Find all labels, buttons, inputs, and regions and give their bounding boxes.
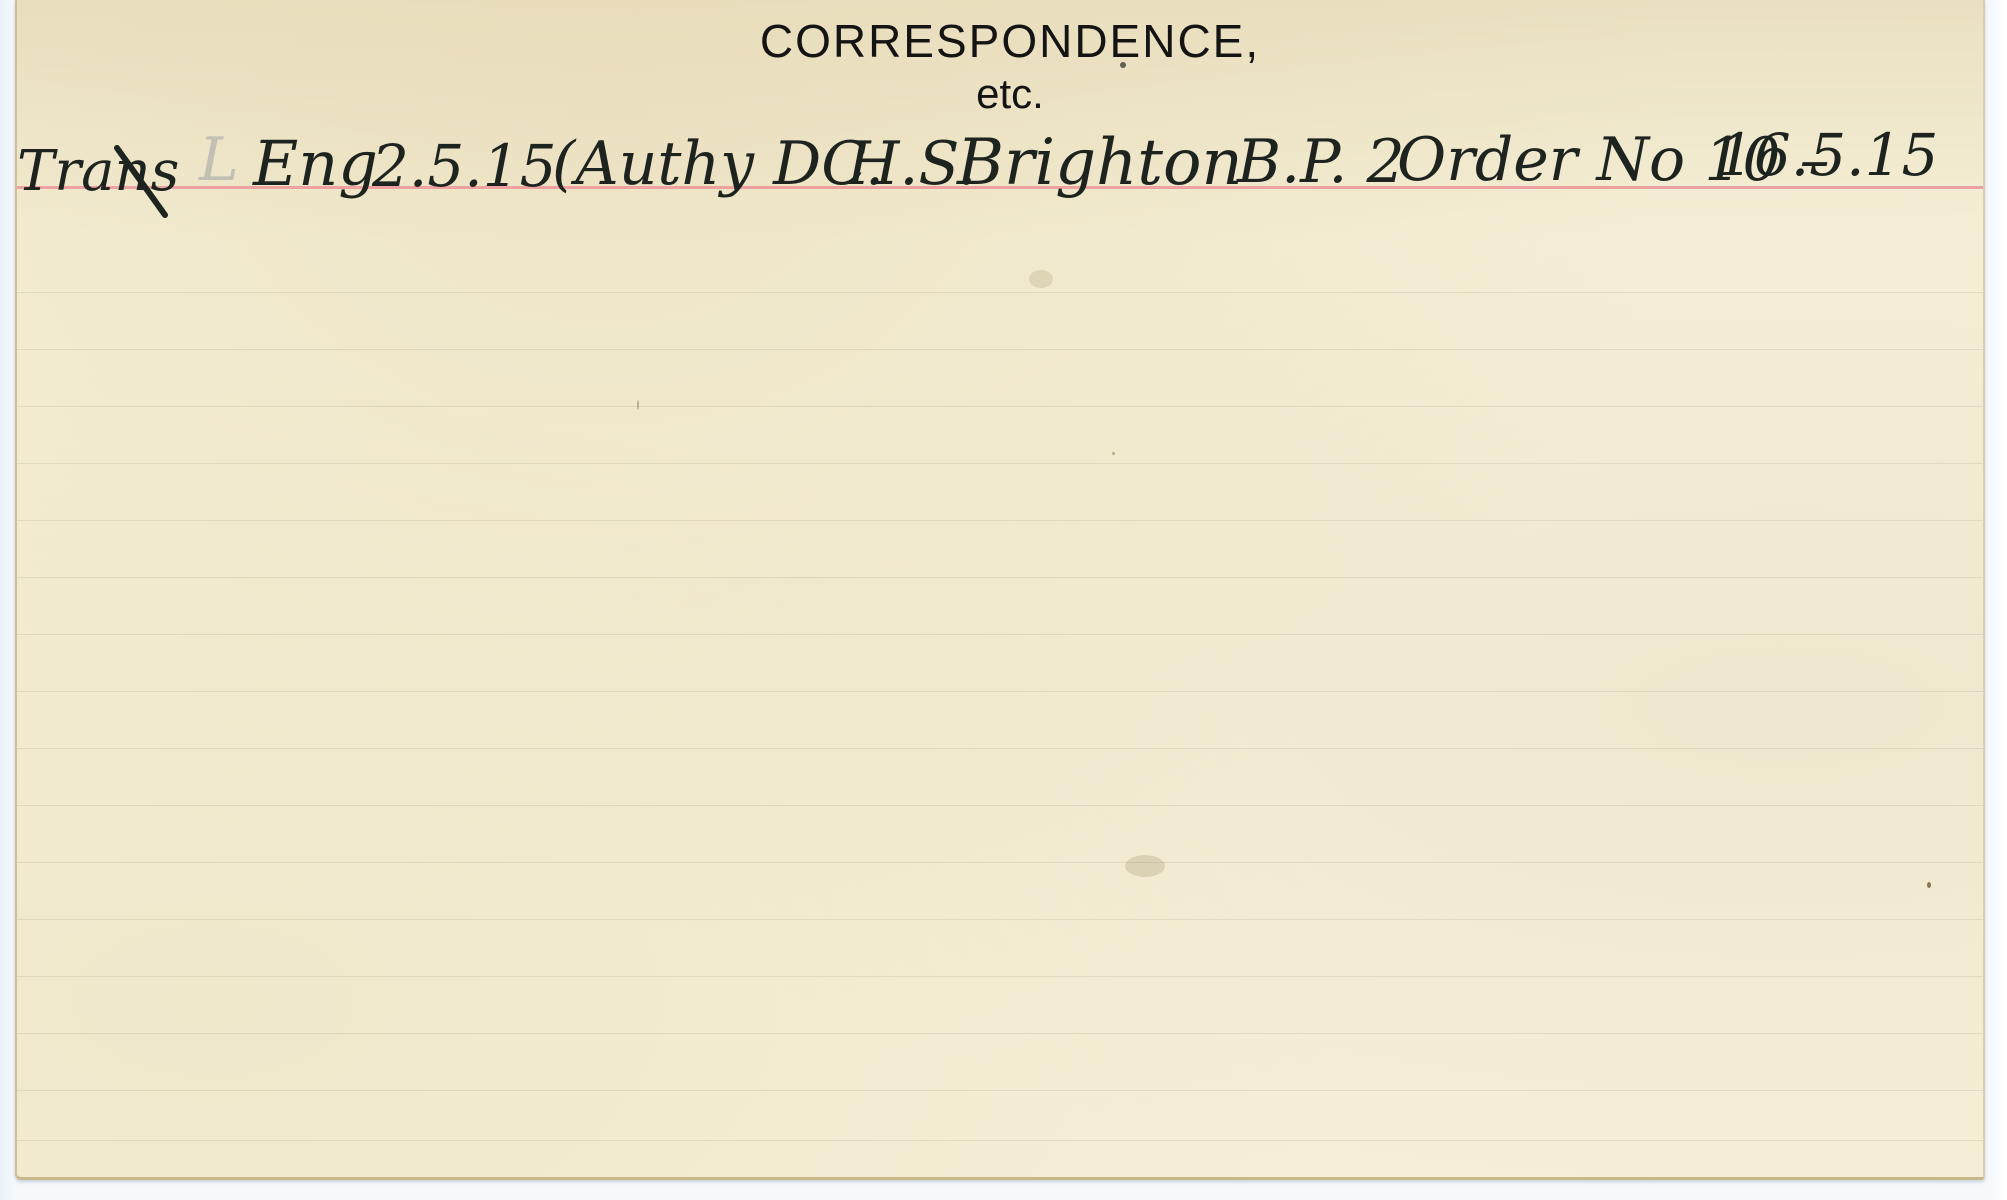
- index-card: CORRESPONDENCE, etc. Trans L Eng 2.5.15 …: [15, 0, 1985, 1180]
- entry-place: Brighton: [956, 126, 1243, 200]
- struck-word: Trans: [17, 139, 179, 204]
- ruled-line: [17, 577, 1983, 578]
- ruled-line: [17, 1090, 1983, 1091]
- ruled-line: [17, 1033, 1983, 1034]
- entry-authority: (Authy DC.: [552, 129, 884, 199]
- ruled-line: [17, 349, 1983, 350]
- foxing-spot: [1029, 270, 1053, 288]
- handwritten-entry: Trans L Eng 2.5.15 (Authy DC. H.S. Brigh…: [17, 0, 1983, 260]
- ruled-line: [17, 748, 1983, 749]
- ruled-line: [17, 805, 1983, 806]
- ruled-line: [17, 862, 1983, 863]
- ruled-line: [17, 1140, 1983, 1141]
- ruled-line: [17, 463, 1983, 464]
- ruled-line: [17, 691, 1983, 692]
- dust-speck: [637, 400, 639, 410]
- ruled-line: [17, 520, 1983, 521]
- entry-date-1: 2.5.15: [371, 132, 556, 200]
- ruled-line: [17, 406, 1983, 407]
- ruled-line: [17, 634, 1983, 635]
- entry-eng: Eng: [252, 127, 378, 200]
- ruled-line: [17, 292, 1983, 293]
- ruled-line: [17, 976, 1983, 977]
- foxing-spot: [1125, 855, 1165, 877]
- pencil-mark: L: [198, 125, 239, 195]
- scan-page: CORRESPONDENCE, etc. Trans L Eng 2.5.15 …: [0, 0, 2007, 1200]
- ruled-line: [17, 919, 1983, 920]
- dust-speck: [1112, 452, 1115, 455]
- ink-speck: [1120, 62, 1126, 68]
- ink-speck: [1927, 882, 1931, 888]
- entry-bp: B.P. 2: [1236, 127, 1405, 197]
- entry-date-2: 16.5.15: [1717, 121, 1938, 189]
